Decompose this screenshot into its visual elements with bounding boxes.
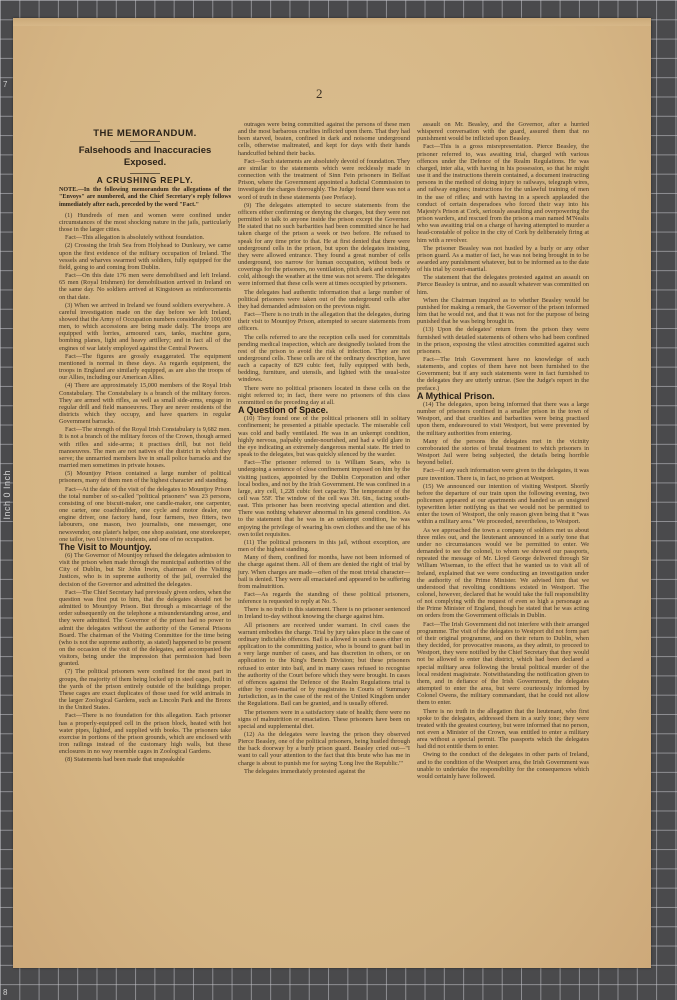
paragraph: Fact—This allegation is absolutely witho… bbox=[59, 234, 231, 241]
column-1-body: (1) Hundreds of men and women were confi… bbox=[59, 212, 231, 543]
paragraph: The delegates had authentic information … bbox=[238, 289, 410, 310]
paragraph: (6) The Governor of Mountjoy refused the… bbox=[59, 552, 231, 588]
paragraph: (9) The delegates attempted to secure st… bbox=[238, 202, 410, 288]
column-2-body: outrages were being committed against th… bbox=[238, 121, 410, 406]
paragraph: (14) The delegates, upon being informed … bbox=[417, 401, 589, 437]
section-heading-mythical-prison: A Mythical Prison. bbox=[417, 393, 589, 400]
paragraph: (1) Hundreds of men and women were confi… bbox=[59, 212, 231, 233]
paragraph: Fact—The prisoner referred to is William… bbox=[238, 459, 410, 538]
paragraph: (10) They found one of the political pri… bbox=[238, 415, 410, 458]
paragraph: (15) We announced our intention of visit… bbox=[417, 483, 589, 526]
paragraph: outrages were being committed against th… bbox=[238, 121, 410, 157]
column-3-body: assault on Mr. Beasley, and the Governor… bbox=[417, 121, 589, 392]
paragraph: As we approached the town a company of s… bbox=[417, 527, 589, 620]
divider bbox=[130, 173, 160, 174]
ruler-mark: 7 bbox=[3, 80, 7, 89]
paragraph: Many of the persons the delegates met in… bbox=[417, 438, 589, 467]
paragraph: The statement that the delegates protest… bbox=[417, 274, 589, 295]
paragraph: The cells referred to are the reception … bbox=[238, 334, 410, 384]
divider bbox=[130, 141, 160, 142]
paragraph: (13) Upon the delegates' return from the… bbox=[417, 326, 589, 355]
column-1: THE MEMORANDUM. Falsehoods and Inaccurac… bbox=[59, 124, 231, 765]
column-2: outrages were being committed against th… bbox=[238, 121, 410, 776]
paragraph: assault on Mr. Beasley, and the Governor… bbox=[417, 121, 589, 142]
paragraph: All prisoners are received under warrant… bbox=[238, 622, 410, 708]
paragraph: (12) As the delegates were leaving the p… bbox=[238, 731, 410, 767]
ruler-mark: 8 bbox=[3, 988, 7, 997]
page-number: 2 bbox=[316, 86, 323, 102]
paragraph: When the Chairman inquired as to whether… bbox=[417, 297, 589, 326]
paragraph: (4) There are approximately 15,000 membe… bbox=[59, 382, 231, 425]
column-2-body-continued: (10) They found one of the political pri… bbox=[238, 415, 410, 775]
paragraph: The prisoner Beasley was not hustled by … bbox=[417, 245, 589, 274]
paragraph: (7) The political prisoners were confine… bbox=[59, 668, 231, 711]
section-heading-visit-mountjoy: The Visit to Mountjoy. bbox=[59, 544, 231, 551]
paragraph: Fact—As regards the standing of these po… bbox=[238, 591, 410, 605]
masthead: THE MEMORANDUM. Falsehoods and Inaccurac… bbox=[59, 130, 231, 184]
paragraph: Fact—On this date 176 men were demobilis… bbox=[59, 272, 231, 301]
memorandum-heading: A CRUSHING REPLY. bbox=[59, 177, 231, 184]
paragraph: Fact—The Irish Government have no knowle… bbox=[417, 356, 589, 392]
paragraph: Fact—If any such information were given … bbox=[417, 467, 589, 481]
paragraph: (2) Crossing the Irish Sea from Holyhead… bbox=[59, 242, 231, 271]
paragraph: Fact—There is no foundation for this all… bbox=[59, 712, 231, 755]
paragraph: Fact—Such statements are absolutely devo… bbox=[238, 158, 410, 201]
page-fold bbox=[13, 18, 651, 26]
paragraph: (11) The political prisoners in this jai… bbox=[238, 539, 410, 553]
memorandum-title: THE MEMORANDUM. bbox=[59, 130, 231, 137]
section-heading-question-of-space: A Question of Space. bbox=[238, 407, 410, 414]
paragraph: The prisoners were in a satisfactory sta… bbox=[238, 709, 410, 730]
paragraph: (3) When we arrived in Ireland we found … bbox=[59, 302, 231, 352]
memorandum-subtitle: Falsehoods and Inaccuracies Exposed. bbox=[59, 145, 231, 169]
paragraph: (8) Statements had been made that unspea… bbox=[59, 756, 231, 763]
paragraph: Owing to the conduct of the delegates in… bbox=[417, 751, 589, 780]
paragraph: Fact—There is no truth in the allegation… bbox=[238, 311, 410, 332]
paragraph: Fact—This is a gross misrepresentation. … bbox=[417, 143, 589, 243]
paragraph: (5) Mountjoy Prison contained a large nu… bbox=[59, 470, 231, 484]
column-3-body-continued: (14) The delegates, upon being informed … bbox=[417, 401, 589, 780]
paragraph: Many of them, confined for months, have … bbox=[238, 554, 410, 590]
paragraph: Fact—The figures are grossly exaggerated… bbox=[59, 353, 231, 382]
paragraph: The delegates immediately protested agai… bbox=[238, 768, 410, 775]
paragraph: There were no political prisoners locate… bbox=[238, 385, 410, 406]
column-1-body-continued: (6) The Governor of Mountjoy refused the… bbox=[59, 552, 231, 764]
editorial-note: NOTE.—In the following memorandum the al… bbox=[59, 187, 231, 208]
paragraph: Fact—The strength of the Royal Irish Con… bbox=[59, 426, 231, 469]
paragraph: Fact—The Irish Government did not interf… bbox=[417, 621, 589, 707]
paragraph: There is no truth in the allegation that… bbox=[417, 708, 589, 751]
column-3: assault on Mr. Beasley, and the Governor… bbox=[417, 121, 589, 781]
paragraph: Fact—At the date of the visit of the del… bbox=[59, 486, 231, 543]
paragraph: There is no truth in this statement. The… bbox=[238, 606, 410, 620]
paragraph: Fact—The Chief Secretary had previously … bbox=[59, 589, 231, 668]
